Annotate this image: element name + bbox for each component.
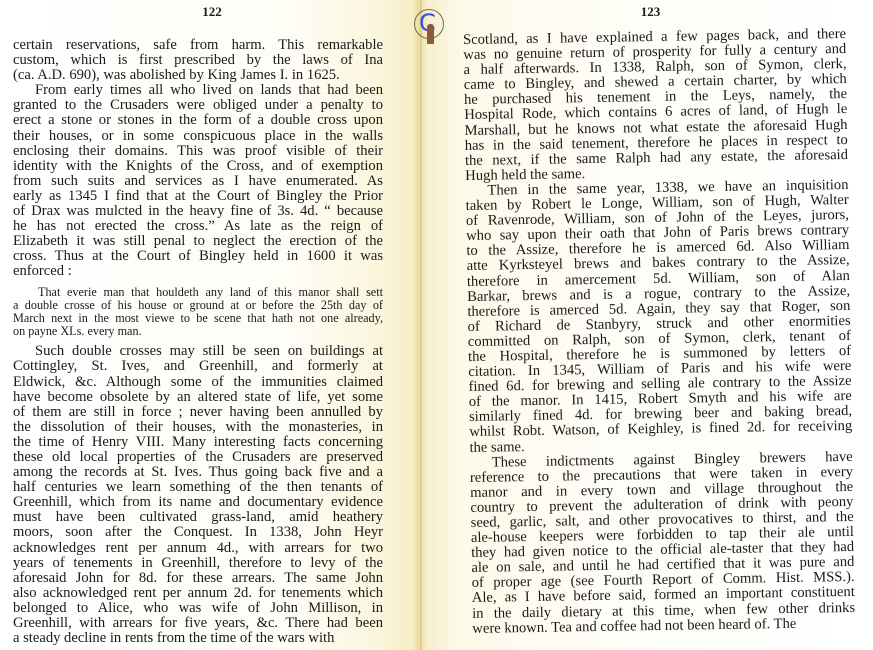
- text-line: among the records at St. Ives. Thus goin…: [13, 465, 383, 480]
- text-line: Cottingley, St. Ives, and Greenhill, and…: [13, 359, 383, 374]
- text-line: enclosing their domains. This was proof …: [13, 144, 383, 159]
- text-line: enforced :: [13, 264, 383, 279]
- text-line: moors, soon after the Conquest. In 1338,…: [13, 525, 383, 540]
- text-line: That everie man that houldeth any land o…: [13, 286, 383, 299]
- text-line: have become obsolete by an altered state…: [13, 390, 383, 405]
- text-line: on payne XLs. every man.: [13, 325, 383, 338]
- paragraph: Then in the same year, 1338, we have an …: [465, 178, 852, 456]
- text-line: must have been cultivated grass-land, am…: [13, 510, 383, 525]
- text-line: Elizabeth it was still penal to neglect …: [13, 234, 383, 249]
- text-line: Eldwick, &c. Although some of the immuni…: [13, 375, 383, 390]
- text-line: aforesaid John for 8d. for these arrears…: [13, 571, 383, 586]
- text-line: their houses, or in some conspicuous pla…: [13, 129, 383, 144]
- text-line: custom, which is first prescribed by the…: [13, 53, 383, 68]
- text-line: identity with the Knights of the Cross, …: [13, 159, 383, 174]
- text-line: acknowledges rent per annum 4d., with ar…: [13, 541, 383, 556]
- text-line: From early times all who lived on lands …: [13, 83, 383, 98]
- book-spread: 122 certain reservations, safe from harm…: [0, 0, 873, 650]
- paragraph: certain reservations, safe from harm. Th…: [13, 38, 383, 83]
- figure-icon: [427, 24, 434, 44]
- text-line: years of tenements in Greenhill, therefo…: [13, 556, 383, 571]
- paragraph: From early times all who lived on lands …: [13, 83, 383, 279]
- text-line: he has not erected the cross.” As late a…: [13, 219, 383, 234]
- paragraph: These indictments against Bingley brewer…: [470, 450, 856, 637]
- text-line: the dissolution of their houses, with th…: [13, 420, 383, 435]
- text-line: early as 1345 I find that at the Court o…: [13, 189, 383, 204]
- text-line: certain reservations, safe from harm. Th…: [13, 38, 383, 53]
- book-gutter: [414, 0, 428, 650]
- text-line: the time of Henry VIII. Many interesting…: [13, 435, 383, 450]
- text-line: Greenhill, which from its name and docum…: [13, 495, 383, 510]
- page-number: 122: [0, 4, 414, 20]
- left-page-text: certain reservations, safe from harm. Th…: [13, 38, 383, 646]
- text-line: a steady decline in rents from the time …: [13, 631, 383, 646]
- text-line: from such suits and services as I have e…: [13, 174, 383, 189]
- text-line: (ca. A.D. 690), was abolished by King Ja…: [13, 68, 383, 83]
- text-line: of Drax was mulcted in the heavy fine of…: [13, 204, 383, 219]
- watermark-seal: C: [414, 9, 444, 39]
- text-line: of them are still in force ; never havin…: [13, 405, 383, 420]
- right-page: 123 Scotland, as I have explained a few …: [428, 0, 873, 650]
- paragraph: Scotland, as I have explained a few page…: [463, 27, 848, 184]
- text-line: erect a stone or stones in the form of a…: [13, 113, 383, 128]
- text-line: also acknowledged rent per annum 2d. for…: [13, 586, 383, 601]
- text-line: a double crosse of his house or ground a…: [13, 299, 383, 312]
- text-line: half centuries we learn something of the…: [13, 480, 383, 495]
- text-line: these old local properties of the Crusad…: [13, 450, 383, 465]
- right-page-text: Scotland, as I have explained a few page…: [463, 27, 855, 637]
- paragraph: Such double crosses may still be seen on…: [13, 344, 383, 646]
- text-line: granted to the Crusaders were obliged un…: [13, 98, 383, 113]
- text-line: Greenhill, with arrears for five years, …: [13, 616, 383, 631]
- page-number: 123: [428, 4, 873, 20]
- text-line: cross. Thus at the Court of Bingley held…: [13, 249, 383, 264]
- text-line: belonged to Alice, who was wife of John …: [13, 601, 383, 616]
- left-page: 122 certain reservations, safe from harm…: [0, 0, 414, 650]
- text-line: Such double crosses may still be seen on…: [13, 344, 383, 359]
- block-quote: That everie man that houldeth any land o…: [13, 286, 383, 339]
